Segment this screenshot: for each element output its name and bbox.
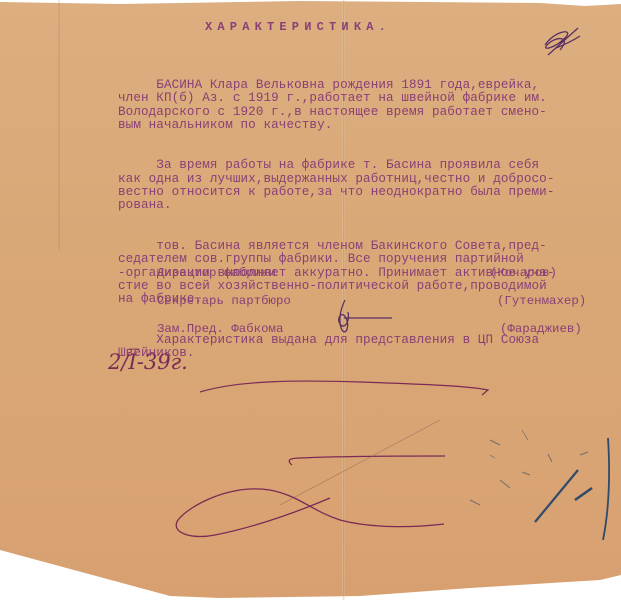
secretary-signature	[339, 300, 392, 332]
ink-marks	[0, 0, 621, 600]
blue-ink-marks	[470, 430, 609, 540]
pen-underline	[200, 381, 488, 395]
large-signature	[176, 456, 445, 537]
initials-signature	[545, 28, 580, 55]
pencil-line	[280, 420, 440, 505]
